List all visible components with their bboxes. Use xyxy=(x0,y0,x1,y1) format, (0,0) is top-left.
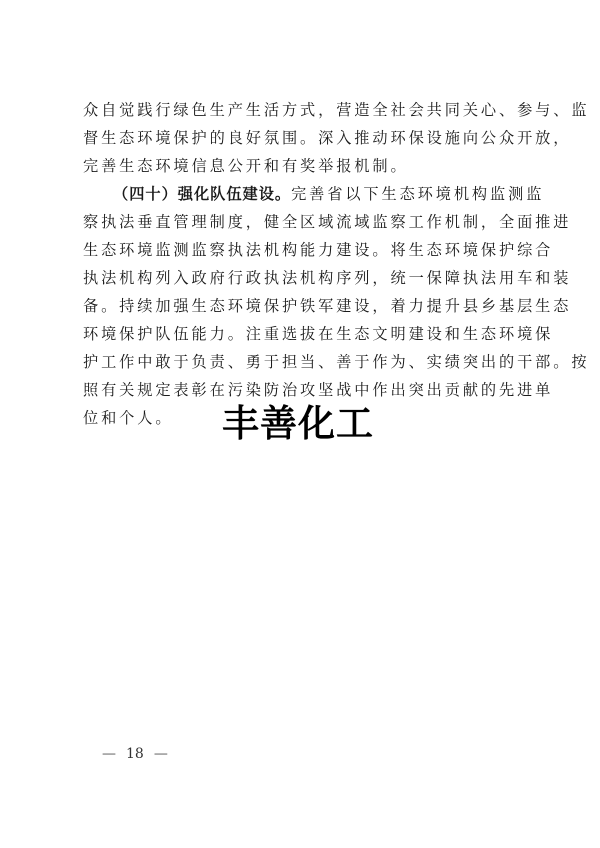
text-line: 照有关规定表彰在污染防治攻坚战中作出突出贡献的先进单 xyxy=(83,376,519,404)
text-line: 众自觉践行绿色生产生活方式，营造全社会共同关心、参与、监 xyxy=(83,96,519,124)
text-line: 环境保护队伍能力。注重选拔在生态文明建设和生态环境保 xyxy=(83,320,519,348)
document-page: 众自觉践行绿色生产生活方式，营造全社会共同关心、参与、监 督生态环境保护的良好氛… xyxy=(0,0,600,848)
section-first-line: （四十）强化队伍建设。完善省以下生态环境机构监测监 xyxy=(83,180,519,208)
dash-left: — xyxy=(102,746,116,762)
text-line: 完善生态环境信息公开和有奖举报机制。 xyxy=(83,152,519,180)
watermark: 丰善化工 xyxy=(222,404,374,444)
dash-right: — xyxy=(154,746,168,762)
text-line: 察执法垂直管理制度，健全区域流域监察工作机制，全面推进 xyxy=(83,208,519,236)
text-line: 护工作中敢于负责、勇于担当、善于作为、实绩突出的干部。按 xyxy=(83,348,519,376)
text-line: 备。持续加强生态环境保护铁军建设，着力提升县乡基层生态 xyxy=(83,292,519,320)
page-number: 18 xyxy=(126,746,144,762)
body-text: 众自觉践行绿色生产生活方式，营造全社会共同关心、参与、监 督生态环境保护的良好氛… xyxy=(83,96,519,432)
text-line: 生态环境监测监察执法机构能力建设。将生态环境保护综合 xyxy=(83,236,519,264)
text-line: 督生态环境保护的良好氛围。深入推动环保设施向公众开放， xyxy=(83,124,519,152)
page-footer: —18— xyxy=(92,746,178,762)
section-heading: （四十）强化队伍建设。 xyxy=(113,185,291,203)
text-line: 执法机构列入政府行政执法机构序列，统一保障执法用车和装 xyxy=(83,264,519,292)
section-first-line-rest: 完善省以下生态环境机构监测监 xyxy=(291,185,544,203)
